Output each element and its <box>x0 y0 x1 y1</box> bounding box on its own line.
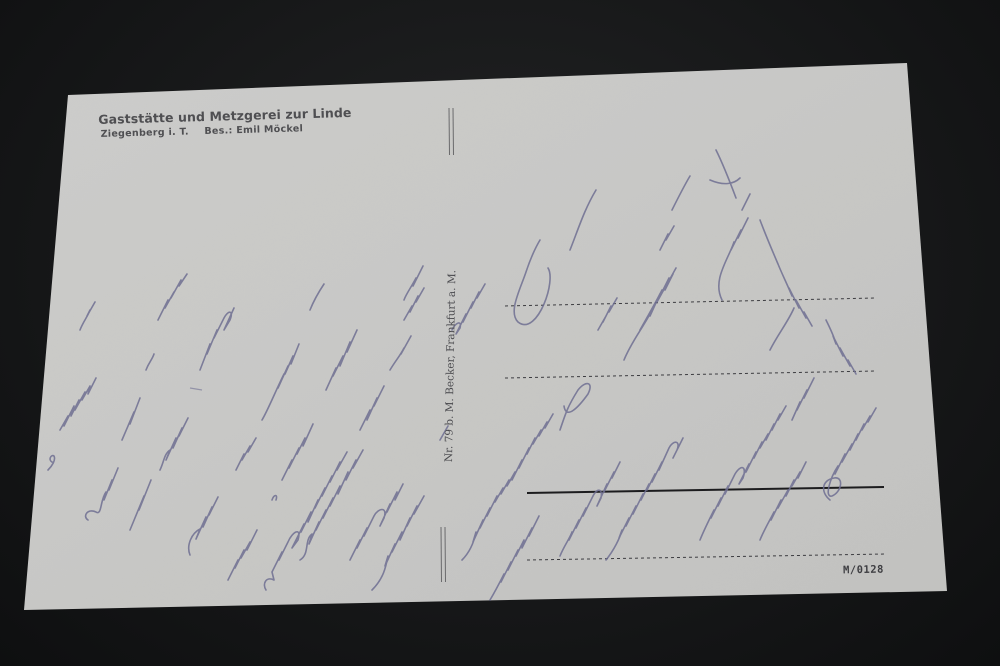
card-number: M/0128 <box>843 564 884 577</box>
postcard-body <box>24 63 947 610</box>
